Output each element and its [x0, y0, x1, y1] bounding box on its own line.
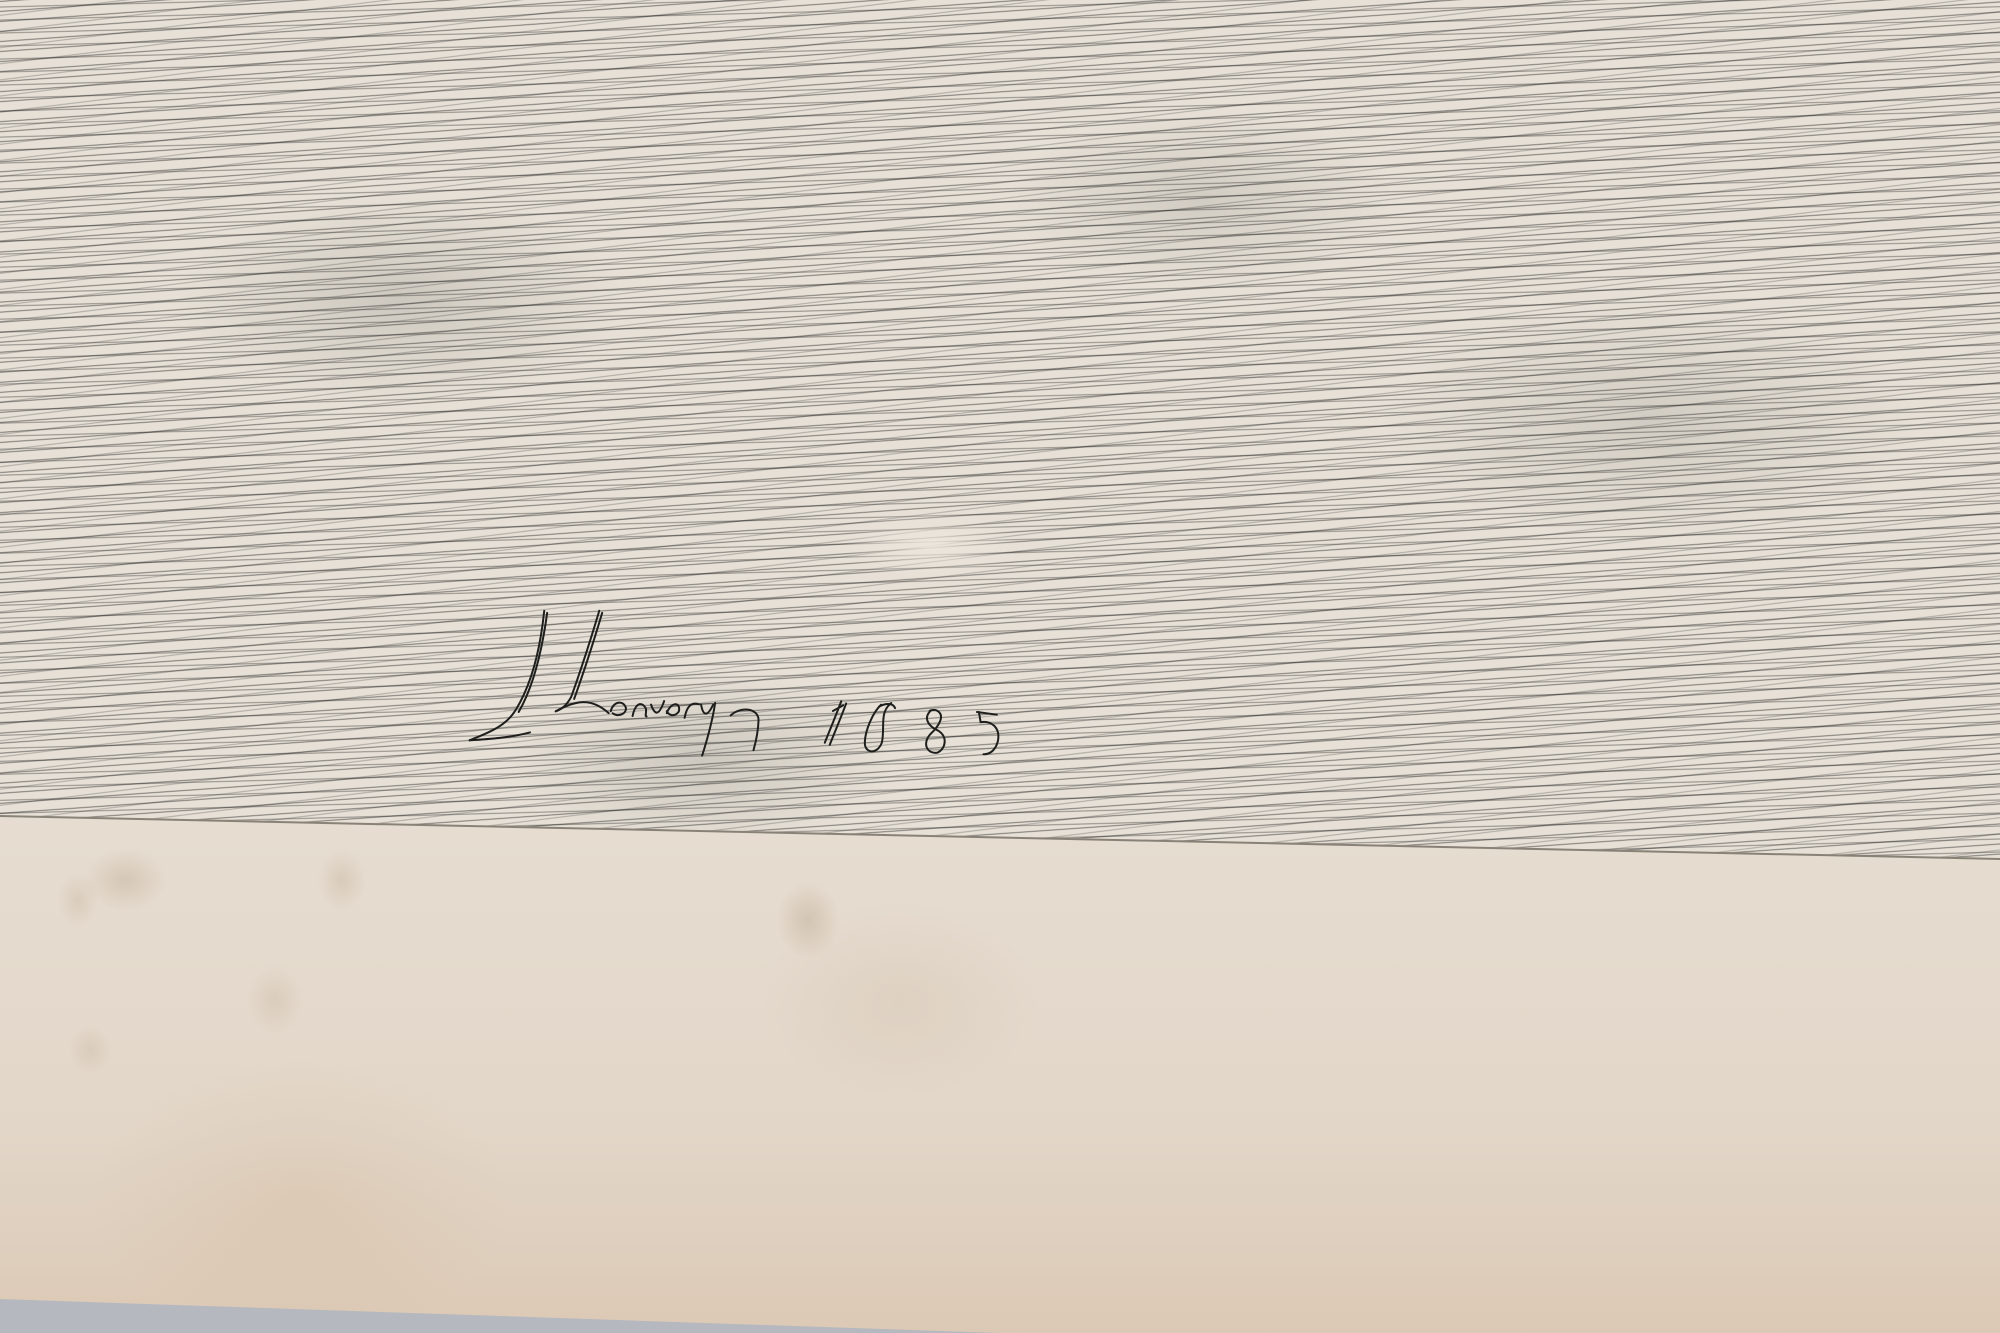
photo-scene: J. Lavery 1885: [0, 0, 2000, 1333]
